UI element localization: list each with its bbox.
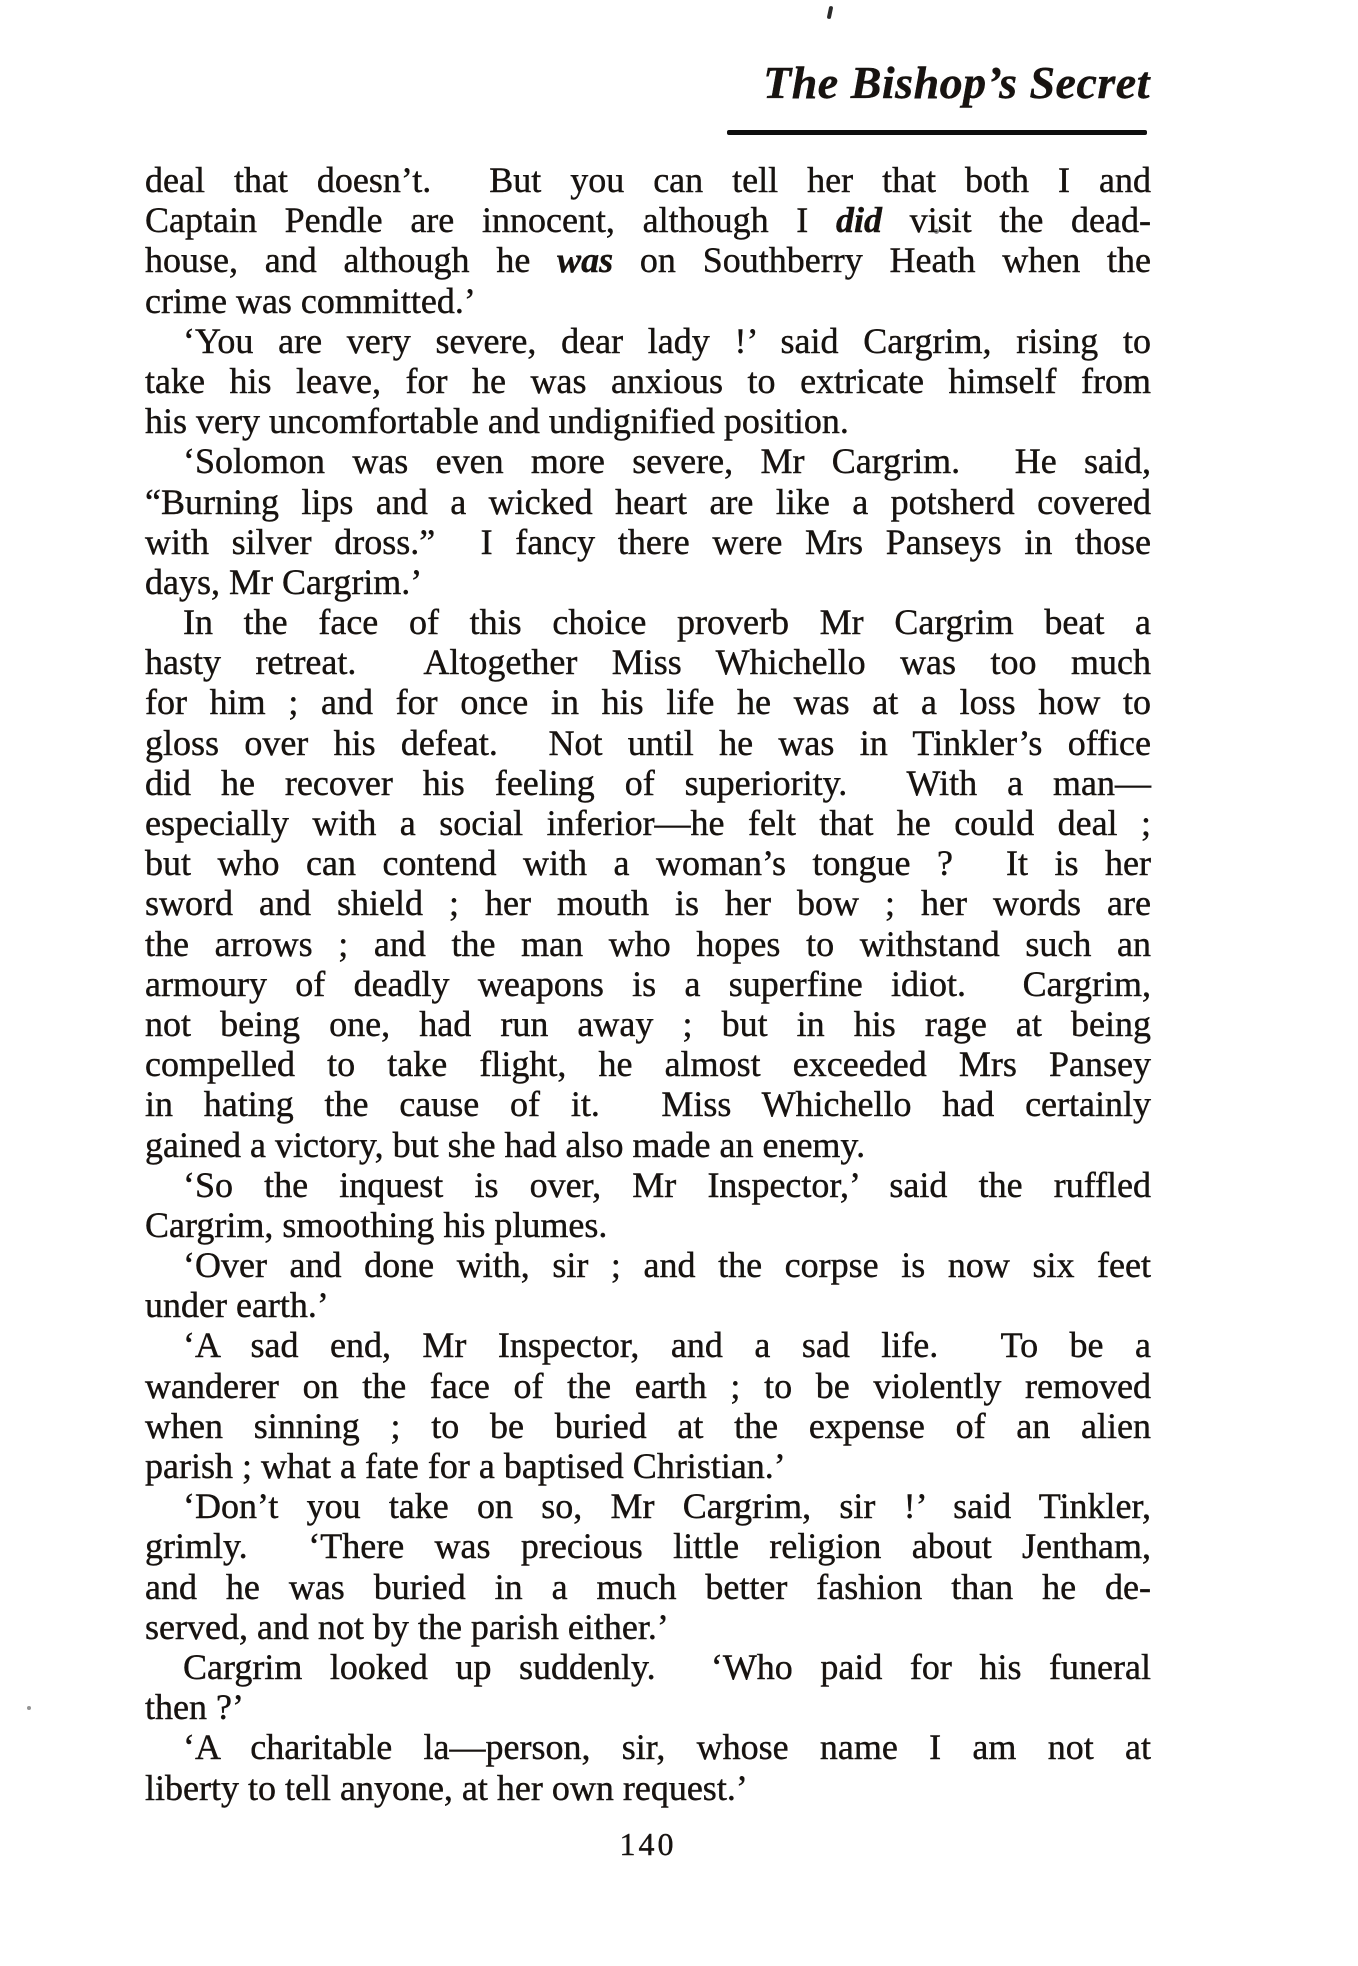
scan-artifact-dot <box>934 229 939 234</box>
text-line: take his leave, for he was anxious to ex… <box>145 361 1151 401</box>
body-text: deal that doesn’t. But you can tell her … <box>145 160 1151 1808</box>
text-line: ‘So the inquest is over, Mr Inspector,’ … <box>145 1165 1151 1205</box>
scan-artifact-dot <box>27 1706 31 1710</box>
text-line: not being one, had run away ; but in his… <box>145 1004 1151 1044</box>
scan-artifact-tick <box>827 6 834 20</box>
text-line: gloss over his defeat. Not until he was … <box>145 723 1151 763</box>
text-line: in hating the cause of it. Miss Whichell… <box>145 1084 1151 1124</box>
text-line: gained a victory, but she had also made … <box>145 1125 1151 1165</box>
text-line: Cargrim looked up suddenly. ‘Who paid fo… <box>145 1647 1151 1687</box>
text-line: ‘Don’t you take on so, Mr Cargrim, sir !… <box>145 1486 1151 1526</box>
text-line: armoury of deadly weapons is a superfine… <box>145 964 1151 1004</box>
text-line: parish ; what a fate for a baptised Chri… <box>145 1446 1151 1486</box>
header-rule <box>727 130 1147 135</box>
text-line: compelled to take flight, he almost exce… <box>145 1044 1151 1084</box>
text-line: ‘Over and done with, sir ; and the corps… <box>145 1245 1151 1285</box>
text-line: house, and although he was on Southberry… <box>145 240 1151 280</box>
text-line: sword and shield ; her mouth is her bow … <box>145 883 1151 923</box>
running-head-title: The Bishop’s Secret <box>763 56 1150 109</box>
text-line: ‘Solomon was even more severe, Mr Cargri… <box>145 441 1151 481</box>
text-line: served, and not by the parish either.’ <box>145 1607 1151 1647</box>
text-line: but who can contend with a woman’s tongu… <box>145 843 1151 883</box>
text-line: deal that doesn’t. But you can tell her … <box>145 160 1151 200</box>
text-line: then ?’ <box>145 1687 1151 1727</box>
text-line: for him ; and for once in his life he wa… <box>145 682 1151 722</box>
text-line: grimly. ‘There was precious little relig… <box>145 1526 1151 1566</box>
text-line: and he was buried in a much better fashi… <box>145 1567 1151 1607</box>
text-line: did he recover his feeling of superiorit… <box>145 763 1151 803</box>
emphasized-word: was <box>557 240 613 280</box>
text-line: hasty retreat. Altogether Miss Whichello… <box>145 642 1151 682</box>
text-line: the arrows ; and the man who hopes to wi… <box>145 924 1151 964</box>
text-line: when sinning ; to be buried at the expen… <box>145 1406 1151 1446</box>
text-line: under earth.’ <box>145 1285 1151 1325</box>
text-line: “Burning lips and a wicked heart are lik… <box>145 482 1151 522</box>
book-page-scan: The Bishop’s Secret deal that doesn’t. B… <box>0 0 1358 1966</box>
text-line: ‘You are very severe, dear lady !’ said … <box>145 321 1151 361</box>
text-line: especially with a social inferior—he fel… <box>145 803 1151 843</box>
page-number: 140 <box>145 1826 1151 1863</box>
text-line: his very uncomfortable and undignified p… <box>145 401 1151 441</box>
text-line: with silver dross.” I fancy there were M… <box>145 522 1151 562</box>
text-line: In the face of this choice proverb Mr Ca… <box>145 602 1151 642</box>
emphasized-word: did <box>836 200 882 240</box>
text-line: crime was committed.’ <box>145 281 1151 321</box>
text-line: Captain Pendle are innocent, although I … <box>145 200 1151 240</box>
text-line: wanderer on the face of the earth ; to b… <box>145 1366 1151 1406</box>
text-line: ‘A sad end, Mr Inspector, and a sad life… <box>145 1325 1151 1365</box>
text-line: days, Mr Cargrim.’ <box>145 562 1151 602</box>
text-line: ‘A charitable la—person, sir, whose name… <box>145 1727 1151 1767</box>
text-line: liberty to tell anyone, at her own reque… <box>145 1768 1151 1808</box>
text-line: Cargrim, smoothing his plumes. <box>145 1205 1151 1245</box>
